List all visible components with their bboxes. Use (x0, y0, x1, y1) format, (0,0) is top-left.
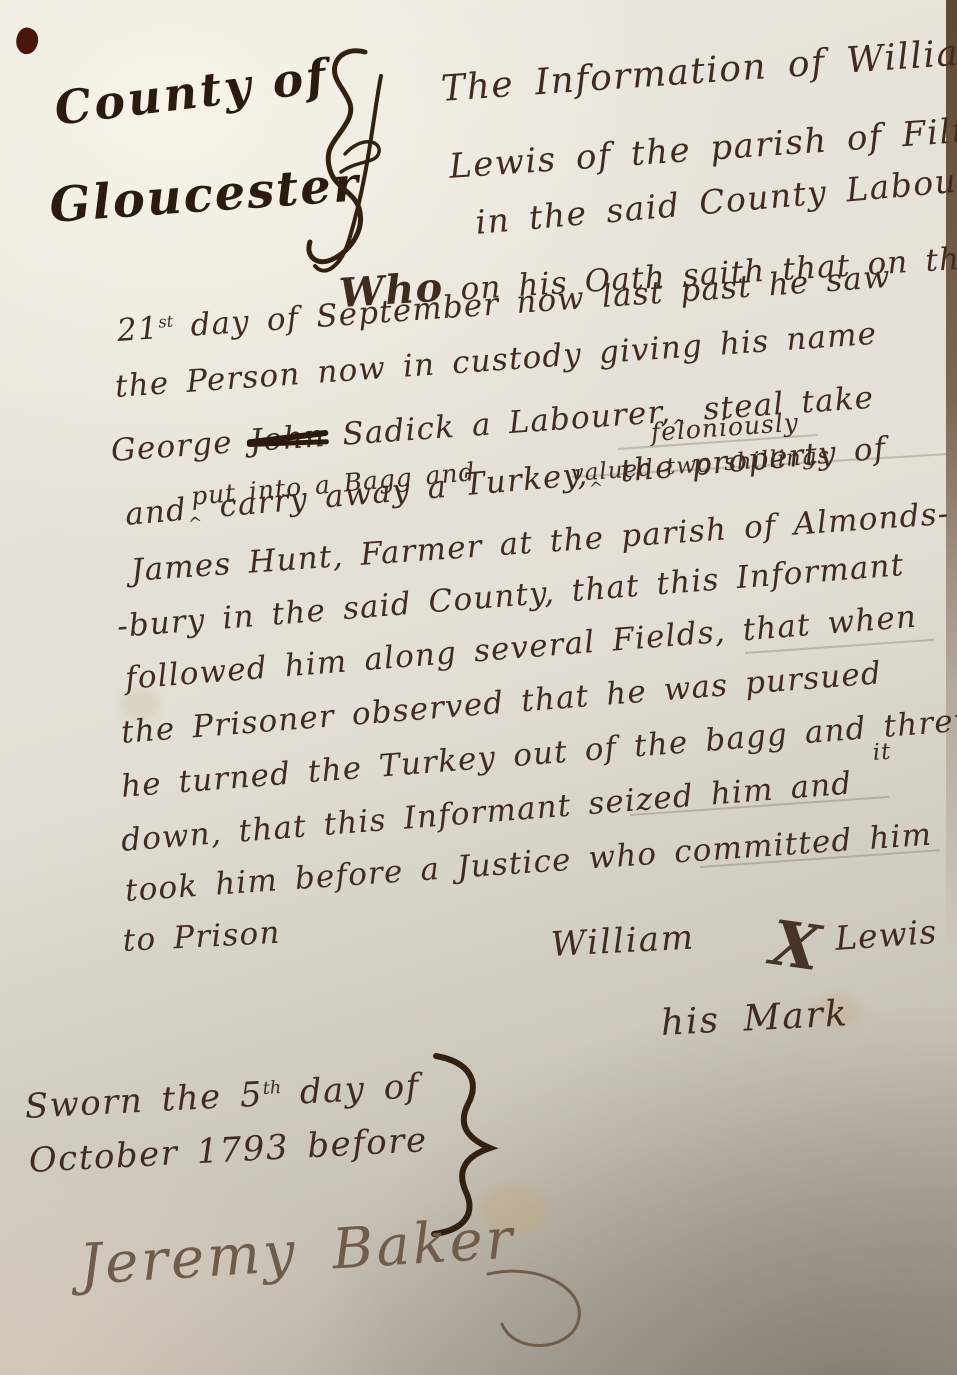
attestation-line1-b: day of (280, 1066, 420, 1113)
manuscript-page: County of Gloucester The Information of … (0, 0, 957, 1375)
struck-name: John (248, 418, 326, 459)
justice-signature-text: Jeremy Baker (78, 1206, 518, 1298)
brace-flourish-icon (287, 46, 387, 281)
justice-signature: Jeremy Baker (78, 1211, 517, 1294)
ink-blot (12, 25, 42, 57)
body-line-13-text: to Prison (122, 915, 282, 959)
attestation-line1-a: Sworn the 5 (24, 1075, 264, 1127)
attestation-line1: Sworn the 5th day of (24, 1069, 421, 1124)
body-line-4-start: George (110, 423, 251, 469)
deponent-mark-text: X (767, 906, 825, 985)
attestation-line2-text: October 1793 before (28, 1120, 429, 1181)
deponent-last-name: Lewis (834, 915, 938, 955)
attestation-line1-sup: th (262, 1078, 282, 1099)
body-line-2-sup: st (158, 312, 174, 332)
body-line-5-start: and (124, 492, 189, 533)
signature-swash-icon (480, 1262, 600, 1357)
heading-line1-text: The Information of William (440, 30, 957, 110)
body-line-2-num: 21 (116, 310, 160, 349)
caret-icon: ^ (188, 515, 205, 533)
caret-icon: ^ (589, 480, 606, 498)
mark-label: his Mark (660, 996, 850, 1042)
deponent-first-name: William (550, 920, 696, 962)
body-line-13: to Prison (122, 918, 281, 957)
deponent-last-name-text: Lewis (834, 912, 939, 958)
deponent-first-name-text: William (550, 917, 696, 965)
mark-label-text: his Mark (660, 993, 850, 1044)
heading-line1: The Information of William (440, 33, 957, 108)
caret-icon: ^ (672, 418, 689, 436)
body-line-4-mid: Sadick a Labourer, (324, 394, 672, 454)
body-line-4-end: steal take (685, 380, 875, 429)
attestation-line2: October 1793 before (28, 1123, 428, 1178)
deponent-mark: X (767, 912, 823, 980)
